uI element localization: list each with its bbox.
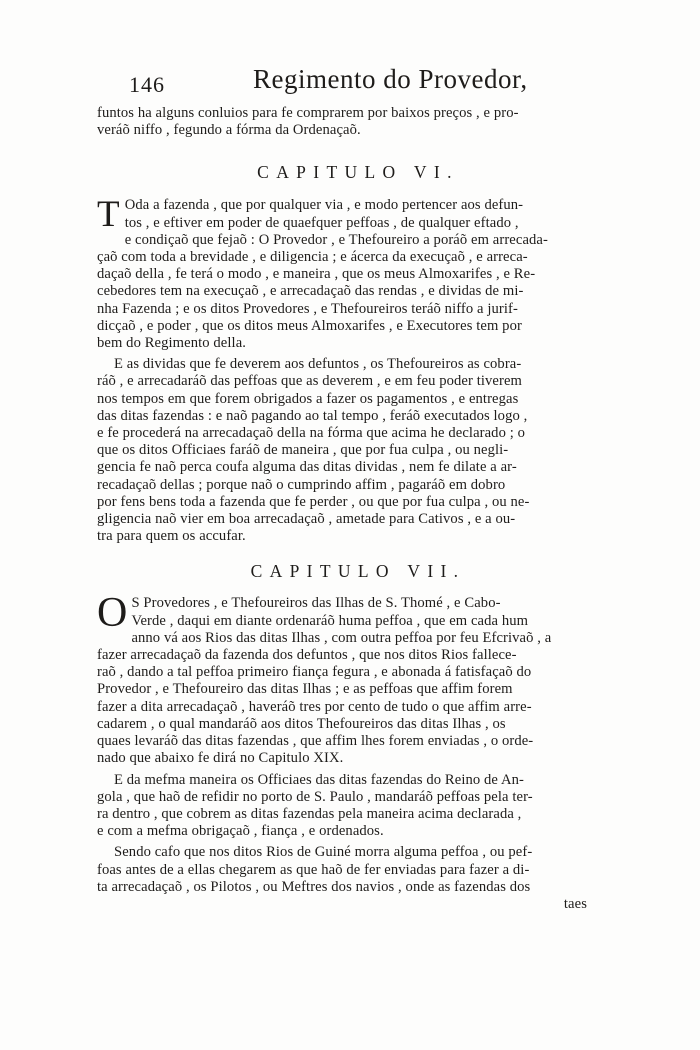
text-line: Verde , daqui em diante ordenaráõ huma p… [97, 613, 609, 630]
text-line: ra dentro , que cobrem as ditas fazendas… [97, 806, 609, 823]
text-line: gligencia naõ vier em boa arrecadaçaõ , … [97, 511, 609, 528]
page-number: 146 [129, 72, 165, 98]
text-line: cebedores tem na execuçaõ , e arrecadaça… [97, 283, 609, 300]
text-line: fazer a dita arrecadaçaõ , haveráõ tres … [97, 699, 609, 716]
paragraph-lines: Sendo cafo que nos ditos Rios de Guiné m… [97, 844, 609, 896]
chapter-6-paragraph-1: T Oda a fazenda , que por qualquer via ,… [97, 197, 609, 352]
text-line: bem do Regimento della. [97, 335, 609, 352]
text-line: nado que abaixo fe dirá no Capitulo XIX. [97, 750, 609, 767]
text-line: Provedor , e Thefoureiro das ditas Ilhas… [97, 681, 609, 698]
text-line: tos , e eftiver em poder de quaefquer pe… [97, 215, 609, 232]
text-line: e condiçaõ que fejaõ : O Provedor , e Th… [97, 232, 609, 249]
text-line: fazer arrecadaçaõ da fazenda dos defunto… [97, 647, 609, 664]
text-line: dicçaõ , e poder , que os ditos meus Alm… [97, 318, 609, 335]
paragraph-lines: S Provedores , e Thefoureiros das Ilhas … [97, 595, 609, 767]
dropcap-o: O [97, 595, 127, 630]
text-line: nos tempos em que forem obrigados a faze… [97, 391, 609, 408]
text-line: tra para quem os accufar. [97, 528, 609, 545]
paragraph-lines: Oda a fazenda , que por qualquer via , e… [97, 197, 609, 352]
text-block: 146 Regimento do Provedor, funtos ha alg… [97, 68, 609, 913]
text-line: e com a mefma obrigaçaõ , fiança , e ord… [97, 823, 609, 840]
text-line: daçaõ della , fe terá o modo , e maneira… [97, 266, 609, 283]
text-line: anno vá aos Rios das ditas Ilhas , com o… [97, 630, 609, 647]
paragraph-lines: E da mefma maneira os Officiaes das dita… [97, 772, 609, 841]
text-line: E da mefma maneira os Officiaes das dita… [97, 772, 609, 789]
dropcap-t: T [97, 197, 120, 232]
text-line: e fe procederá na arrecadaçaõ della na f… [97, 425, 609, 442]
text-line: E as dividas que fe deverem aos defuntos… [97, 356, 609, 373]
text-line: foas antes de a ellas chegarem as que ha… [97, 862, 609, 879]
paragraph-lines: E as dividas que fe deverem aos defuntos… [97, 356, 609, 545]
text-line: raõ , dando a tal peffoa primeiro fiança… [97, 664, 609, 681]
text-line: ráõ , e arrecadaráõ das peffoas que as d… [97, 373, 609, 390]
running-title: Regimento do Provedor, [253, 64, 528, 95]
intro-lines: funtos ha alguns conluios para fe compra… [97, 105, 609, 139]
catchword: taes [97, 896, 609, 913]
text-line: gencia fe naõ perca coufa alguma das dit… [97, 459, 609, 476]
chapter-7-paragraph-2: E da mefma maneira os Officiaes das dita… [97, 772, 609, 841]
text-line: veráõ niffo , fegundo a fórma da Ordenaç… [97, 122, 609, 139]
text-line: das ditas fazendas : e naõ pagando ao ta… [97, 408, 609, 425]
chapter-7-paragraph-3: Sendo cafo que nos ditos Rios de Guiné m… [97, 844, 609, 896]
book-page: 146 Regimento do Provedor, funtos ha alg… [0, 0, 700, 1050]
text-line: Sendo cafo que nos ditos Rios de Guiné m… [97, 844, 609, 861]
text-line: quaes levaráõ das ditas fazendas , que a… [97, 733, 609, 750]
text-line: cadarem , o qual mandaráõ aos ditos Thef… [97, 716, 609, 733]
text-line: recadaçaõ dellas ; porque naõ o cumprind… [97, 477, 609, 494]
chapter-6-paragraph-2: E as dividas que fe deverem aos defuntos… [97, 356, 609, 545]
text-line: gola , que haõ de refidir no porto de S.… [97, 789, 609, 806]
text-line: que os ditos Officiaes faráõ de maneira … [97, 442, 609, 459]
text-line: por fens bens toda a fazenda que fe perd… [97, 494, 609, 511]
chapter-7-paragraph-1: O S Provedores , e Thefoureiros das Ilha… [97, 595, 609, 767]
text-line: S Provedores , e Thefoureiros das Ilhas … [97, 595, 609, 612]
text-line: funtos ha alguns conluios para fe compra… [97, 105, 609, 122]
text-line: çaõ com toda a brevidade , e diligencia … [97, 249, 609, 266]
text-line: ta arrecadaçaõ , os Pilotos , ou Meftres… [97, 879, 609, 896]
chapter-6-heading: CAPITULO VI. [107, 162, 609, 183]
intro-paragraph: funtos ha alguns conluios para fe compra… [97, 105, 609, 139]
text-line: Oda a fazenda , que por qualquer via , e… [97, 197, 609, 214]
chapter-7-heading: CAPITULO VII. [107, 561, 609, 582]
text-line: nha Fazenda ; e os ditos Provedores , e … [97, 301, 609, 318]
page-header: 146 Regimento do Provedor, [97, 68, 609, 100]
